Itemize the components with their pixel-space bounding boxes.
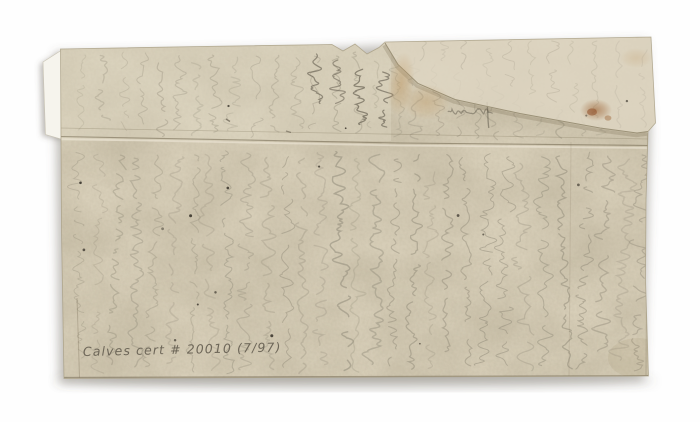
ink-speck <box>345 127 347 129</box>
ink-speck <box>83 249 86 252</box>
ink-speck <box>626 100 628 102</box>
ink-speck <box>482 233 484 235</box>
ink-speck <box>419 343 421 345</box>
photo-background: Calves cert # 20010 (7/97) <box>0 0 700 422</box>
ink-speck <box>270 334 273 337</box>
stain-bottom-right-faint <box>608 338 668 378</box>
ink-speck <box>214 291 216 293</box>
letter-sheet: Calves cert # 20010 (7/97) <box>50 30 668 390</box>
ink-speck <box>161 227 164 230</box>
stain-brown-small <box>605 115 612 120</box>
folded-letter-photo: Calves cert # 20010 (7/97) <box>0 0 700 422</box>
stain-top-right-faint <box>620 48 652 68</box>
inner-sheet-edge <box>43 51 61 140</box>
ink-speck <box>79 182 82 185</box>
ink-speck <box>585 115 587 117</box>
ink-speck <box>457 214 460 217</box>
ink-speck <box>226 187 229 190</box>
ink-speck <box>577 184 580 187</box>
ink-speck <box>227 105 229 107</box>
ink-speck <box>318 166 320 168</box>
stain-tan-under-tear <box>402 84 450 120</box>
ink-speck <box>189 214 192 217</box>
stain-brown-core <box>587 108 597 115</box>
ink-speck <box>197 303 199 305</box>
